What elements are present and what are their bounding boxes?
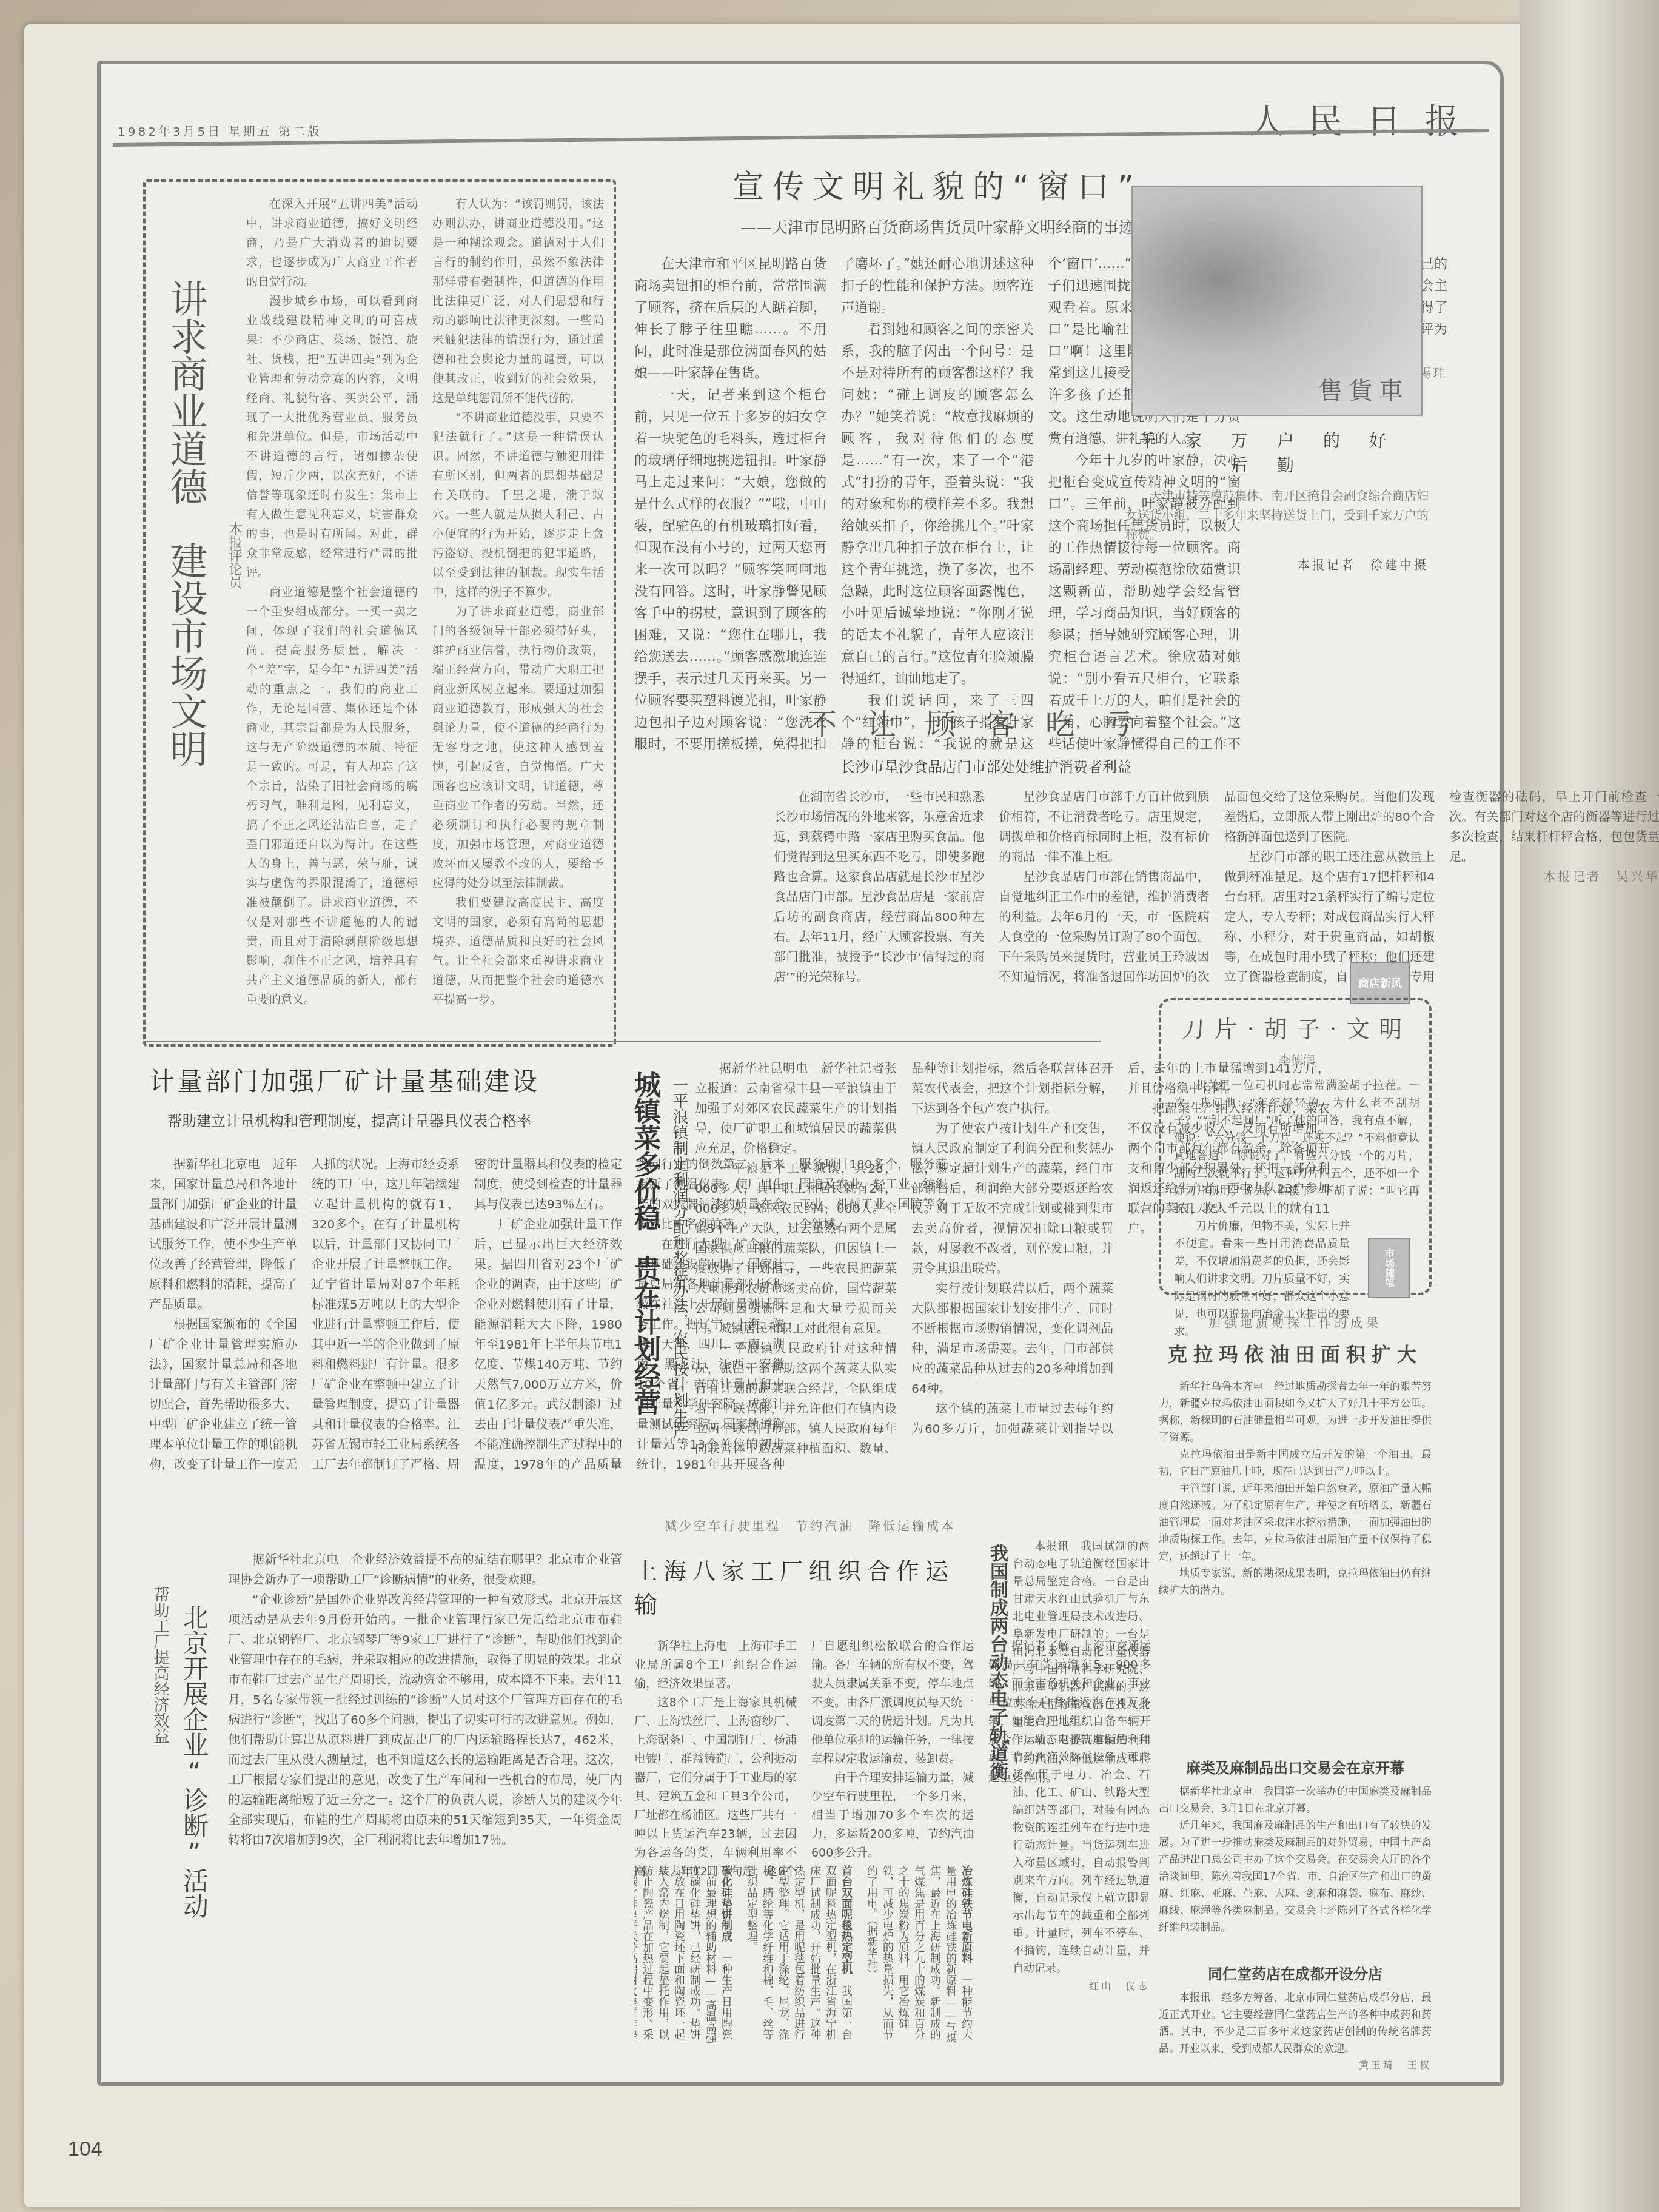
shop-badge-text: 商店新风 (1358, 975, 1402, 991)
commentary-paragraph: 商业道德是整个社会道德的一个重要组成部分。一买一卖之间，体现了我们的社会道德风尚… (246, 583, 418, 1010)
consumer-article-subtitle: 长沙市星沙食品店门市部处处维护消费者利益 (774, 755, 1198, 776)
tongrentang-title: 同仁堂药店在成都开设分店 (1159, 1962, 1432, 1983)
section-rule (143, 1041, 1101, 1042)
razor-essay-author: 李德润 (1174, 1051, 1419, 1068)
vegetable-article-paragraph: 一平浪是个工矿城镇，共28，000多人，其中职工和居民就有24，000多人，郊区… (695, 1159, 897, 1339)
diagnosis-kicker: 帮助工厂提高经济效益 (149, 1586, 172, 1744)
page-number: 104 (68, 2137, 102, 2161)
commentary-article: 讲求商业道德建设市场文明 本报评论员 在深入开展“五讲四美”活动中，讲求商业道德… (155, 195, 604, 1037)
photo-caption: 天津市特等模范集体、南开区掩骨会副食综合商店妇女送货小组，二十多年来坚持送货上门… (1125, 486, 1429, 545)
brief-text: 我国第一台双面呢毯热定型机，在浙江省海宁机床厂试制成功，开始批量生产。这种热定型… (745, 1865, 853, 2040)
window-article-paragraph: 看到她和顾客之间的亲密关系，我的脑子闪出一个问号：是不是对待所有的顾客都这样？我… (841, 319, 1033, 690)
metrology-article: 计量部门加强厂矿计量基础建设 帮助建立计量机构和管理制度，提高计量器具仪表合格率… (149, 1062, 622, 1474)
consumer-article-byline: 本报记者 吴兴华 (1449, 867, 1659, 887)
window-article-paragraph: 在天津市和平区昆明路百货商场卖钮扣的柜台前，常常围满了顾客，挤在后层的人踮着脚，… (634, 253, 826, 384)
vegetable-article-subtitle: 一平浪镇制定利润分配和奖惩办法，农民按计划生产 (668, 1077, 691, 1439)
track-scale-paragraph: 动态电子轨道衡是一种自动化高效称重设备，可广泛应用于电力、冶金、石油、化工、矿山… (1013, 1731, 1150, 1977)
vegetable-article-paragraph: 为了使农户按计划生产和交售，镇人民政府制定了利润分配和奖惩办法，规定超计划生产的… (911, 1119, 1113, 1279)
brief-title: 首台双面呢毯热定型机 (840, 1865, 853, 1974)
diagnosis-article: 帮助工厂提高经济效益 北京开展企业“诊断”活动 据新华社北京电 企业经济效益提不… (149, 1550, 622, 1986)
oilfield-kicker: 加强地质勘探工作的成果 (1159, 1313, 1432, 1331)
track-scale-article: 我国制成两台动态电子轨道衡 本报讯 我国试制的两台动态电子轨道衡经国家计量总局鉴… (986, 1520, 1150, 2041)
market-essay-badge: 市场随笔 (1368, 1238, 1410, 1298)
commentary-title-part1: 讲求商业道德 (164, 280, 208, 505)
diagnosis-paragraph: 据新华社北京电 企业经济效益提不高的症结在哪里？北京市企业管理协会新办了一项帮助… (228, 1550, 622, 1590)
hemp-body: 据新华社北京电 我国第一次举办的中国麻类及麻制品出口交易会，3月1日在北京开幕。… (1159, 1783, 1432, 1936)
tongrentang-body: 本报讯 经多方筹备，北京市同仁堂药店成都分店，最近正式开业。它主要经营同仁堂药店… (1159, 1989, 1432, 2057)
shanghai-paragraph: 由于合理安排运输力量，减少空车行驶里程，一个多月来，相当于增加70多个车次的运力… (811, 1769, 974, 1863)
oilfield-article: 加强地质勘探工作的成果 克拉玛依油田面积扩大 新华社乌鲁木齐电 经过地质勘探者去… (1159, 1313, 1432, 1599)
vegetable-article-body: 据新华社昆明电 新华社记者张立报道：云南省禄丰县一平浪镇由于加强了对郊区农民蔬菜… (695, 1059, 1113, 1477)
shanghai-kicker: 减少空车行驶里程 节约汽油 降低运输成本 (665, 1517, 974, 1534)
book-page-edges (1520, 0, 1659, 2212)
hemp-article: 麻类及麻制品出口交易会在京开幕 据新华社北京电 我国第一次举办的中国麻类及麻制品… (1159, 1756, 1432, 1936)
shanghai-title: 上海八家工厂组织合作运输 (634, 1552, 974, 1619)
brief-text: 一种能节约大量用电的冶炼硅铁的新原料——气煤焦，最近在上海研制成功。新制成的气煤… (865, 1865, 973, 2043)
diagnosis-body: 据新华社北京电 企业经济效益提不高的症结在哪里？北京市企业管理协会新办了一项帮助… (228, 1550, 622, 1850)
photo-caption-title: 千家万户的好后勤 (1125, 428, 1429, 477)
metrology-article-body: 据新华社北京电 近年来，国家计量总局和各地计量部门加强厂矿企业的计量基础建设和广… (149, 1155, 622, 1494)
photo-credit: 本报记者 徐建中摄 (1125, 555, 1429, 573)
diagnosis-title: 北京开展企业“诊断”活动 (178, 1604, 210, 1919)
commentary-paragraph: 漫步城乡市场，可以看到商业战线建设精神文明的可喜成果：不少商店、菜场、饭馆、旅社… (246, 292, 418, 583)
commentary-title: 讲求商业道德建设市场文明 (161, 280, 210, 767)
razor-essay-title: 刀片·胡子·文明 (1174, 1010, 1419, 1044)
metrology-article-title: 计量部门加强厂矿计量基础建设 (149, 1062, 622, 1098)
oilfield-paragraph: 新华社乌鲁木齐电 经过地质勘探者去年一年的艰苦努力，新疆克拉玛依油田面积如今又扩… (1159, 1378, 1432, 1446)
consumer-article-title: 不让顾客吃亏 (774, 701, 1198, 743)
diagnosis-paragraph: “企业诊断”是国外企业界改善经营管理的一种有效形式。北京开展这项活动是从去年9月… (228, 1590, 622, 1850)
commentary-paragraph: 为了讲求商业道德，商业部门的各级领导干部必须带好头，维护商业信誉，执行物价政策，… (432, 602, 604, 893)
oilfield-paragraph: 地质专家说，新的勘探成果表明，克拉玛依油田仍有继续扩大的潜力。 (1159, 1565, 1432, 1599)
vegetable-title-part1: 城镇菜多价稳 (629, 1071, 660, 1231)
shanghai-paragraph: 新华社上海电 上海市手工业局所属8个工厂组织合作运输，经济效果显著。 (634, 1637, 797, 1694)
market-essay-badge-text: 市场随笔 (1382, 1248, 1396, 1287)
track-scale-title: 我国制成两台动态电子轨道衡 (986, 1544, 1008, 1780)
commentary-paragraph: “不讲商业道德没事，只要不犯法就行了。”这是一种错误认识。固然，不讲道德与触犯刑… (432, 408, 604, 602)
tongrentang-article: 同仁堂药店在成都开设分店 本报讯 经多方筹备，北京市同仁堂药店成都分店，最近正式… (1159, 1962, 1432, 2071)
brief-item: 首台双面呢毯热定型机 我国第一台双面呢毯热定型机，在浙江省海宁机床厂试制成功，开… (743, 1865, 854, 2047)
commentary-byline: 本报评论员 (225, 522, 244, 589)
vegetable-article: 城镇菜多价稳贵在计划经营 一平浪镇制定利润分配和奖惩办法，农民按计划生产 据新华… (628, 1059, 1113, 1483)
commentary-body: 在深入开展“五讲四美”活动中，讲求商业道德，搞好文明经商，乃是广大消费者的迫切要… (246, 195, 604, 1037)
metrology-article-subtitle: 帮助建立计量机构和管理制度，提高计量器具仪表合格率 (167, 1109, 622, 1130)
vegetable-article-paragraph: 据新华社昆明电 新华社记者张立报道：云南省禄丰县一平浪镇由于加强了对郊区农民蔬菜… (695, 1059, 897, 1159)
vegetable-article-paragraph: 实行按计划联营以后，两个蔬菜大队都根据国家计划安排生产，同时不断根据市场购销情况… (911, 1279, 1113, 1399)
shanghai-article: 减少空车行驶里程 节约汽油 降低运输成本 上海八家工厂组织合作运输 新华社上海电… (634, 1517, 974, 1856)
tongrentang-paragraph: 本报讯 经多方筹备，北京市同仁堂药店成都分店，最近正式开业。它主要经营同仁堂药店… (1159, 1989, 1432, 2057)
commentary-paragraph: 有人认为：“该罚则罚，该法办则法办，讲商业道德没用。”这是一种糊涂观念。道德对于… (432, 195, 604, 408)
consumer-article-paragraph: 在湖南省长沙市，一些市民和熟悉长沙市场情况的外地来客，乐意舍近求远，到蔡锷中路一… (774, 787, 984, 987)
vegetable-title-part2: 贵在计划经营 (629, 1255, 660, 1415)
commentary-paragraph: 在深入开展“五讲四美”活动中，讲求商业道德，搞好文明经商，乃是广大消费者的迫切要… (246, 195, 418, 292)
track-scale-paragraph: 本报讯 我国试制的两台动态电子轨道衡经国家计量总局鉴定合格。一台是由甘肃天水红山… (1013, 1538, 1150, 1731)
photo-sign-text: 售貨車 (1318, 372, 1409, 406)
masthead-date: 1982年3月5日 星期五 第二版 (118, 122, 322, 139)
brief-title: 碳化硅垫饼制成 (720, 1865, 732, 1942)
oilfield-paragraph: 克拉玛依油田是新中国成立后开发的第一个油田。最初，它日产原油几十吨，现在已达到日… (1159, 1446, 1432, 1480)
newspaper-page: 1982年3月5日 星期五 第二版 人民日报 讲求商业道德建设市场文明 本报评论… (97, 61, 1504, 2086)
consumer-article-body: 在湖南省长沙市，一些市民和熟悉长沙市场情况的外地来客，乐意舍近求远，到蔡锷中路一… (774, 787, 1435, 1005)
track-scale-body: 本报讯 我国试制的两台动态电子轨道衡经国家计量总局鉴定合格。一台是由甘肃天水红山… (1013, 1538, 1150, 1995)
vegetable-article-title: 城镇菜多价稳贵在计划经营 (628, 1071, 661, 1415)
delivery-cart-photo: 售貨車 (1131, 186, 1423, 416)
vertical-briefs: 冶炼硅铁节电新原料 一种能节约大量用电的冶炼硅铁的新原料——气煤焦，最近在上海研… (634, 1865, 974, 2047)
oilfield-paragraph: 主管部门说，近年来油田开始自然衰老，原油产量大幅度自然递减。为了稳定原有生产，并… (1159, 1480, 1432, 1565)
track-scale-byline: 红山 仪志 (1013, 1977, 1150, 1995)
consumer-article: 不让顾客吃亏 长沙市星沙食品店门市部处处维护消费者利益 在湖南省长沙市，一些市民… (774, 701, 1435, 986)
masthead-name: 人民日报 (1250, 95, 1483, 143)
razor-essay-body: 机关里一位司机同志常常满脸胡子拉茬。一次，我问他：“年纪轻轻的，为什么老不刮胡子… (1174, 1077, 1419, 1341)
tongrentang-byline: 黄玉琦 王权 (1159, 2057, 1432, 2071)
photo-caption-block: 千家万户的好后勤 天津市特等模范集体、南开区掩骨会副食综合商店妇女送货小组，二十… (1125, 428, 1429, 573)
consumer-article-paragraph: 星沙食品店门市部千方百计做到质价相符，不让消费者吃亏。店里规定，调拨单和价格商标… (999, 787, 1209, 867)
razor-essay-paragraph: 机关里一位司机同志常常满脸胡子拉茬。一次，我问他：“年纪轻轻的，为什么老不刮胡子… (1174, 1077, 1419, 1218)
hemp-title: 麻类及麻制品出口交易会在京开幕 (1159, 1756, 1432, 1777)
oilfield-title: 克拉玛依油田面积扩大 (1159, 1339, 1432, 1367)
commentary-paragraph: 我们要建设高度民主、高度文明的国家，必须有高尚的思想境界、道德品质和良好的社会风… (432, 893, 604, 1010)
brief-text: 一种生产日用陶瓷目前最理想的辅助材料——高温高强度碳化硅垫饼，已经研制成功。垫饼… (634, 1865, 732, 2043)
commentary-title-part2: 建设市场文明 (164, 541, 208, 767)
brief-item: 碳化硅垫饼制成 一种生产日用陶瓷目前最理想的辅助材料——高温高强度碳化硅垫饼，已… (634, 1865, 734, 2047)
oilfield-body: 新华社乌鲁木齐电 经过地质勘探者去年一年的艰苦努力，新疆克拉玛依油田面积如今又扩… (1159, 1378, 1432, 1599)
brief-item: 冶炼硅铁节电新原料 一种能节约大量用电的冶炼硅铁的新原料——气煤焦，最近在上海研… (863, 1865, 974, 2047)
hemp-paragraph: 近几年来，我国麻及麻制品的生产和出口有了较快的发展。为了进一步推动麻类及麻制品的… (1159, 1817, 1432, 1936)
shanghai-body: 新华社上海电 上海市手工业局所属8个工厂组织合作运输，经济效果显著。 这8个工厂… (634, 1637, 974, 1898)
metrology-article-paragraph: 据新华社北京电 近年来，国家计量总局和各地计量部门加强厂矿企业的计量基础建设和广… (149, 1155, 297, 1315)
hemp-paragraph: 据新华社北京电 我国第一次举办的中国麻类及麻制品出口交易会，3月1日在北京开幕。 (1159, 1783, 1432, 1817)
brief-title: 冶炼硅铁节电新原料 (960, 1865, 973, 1963)
